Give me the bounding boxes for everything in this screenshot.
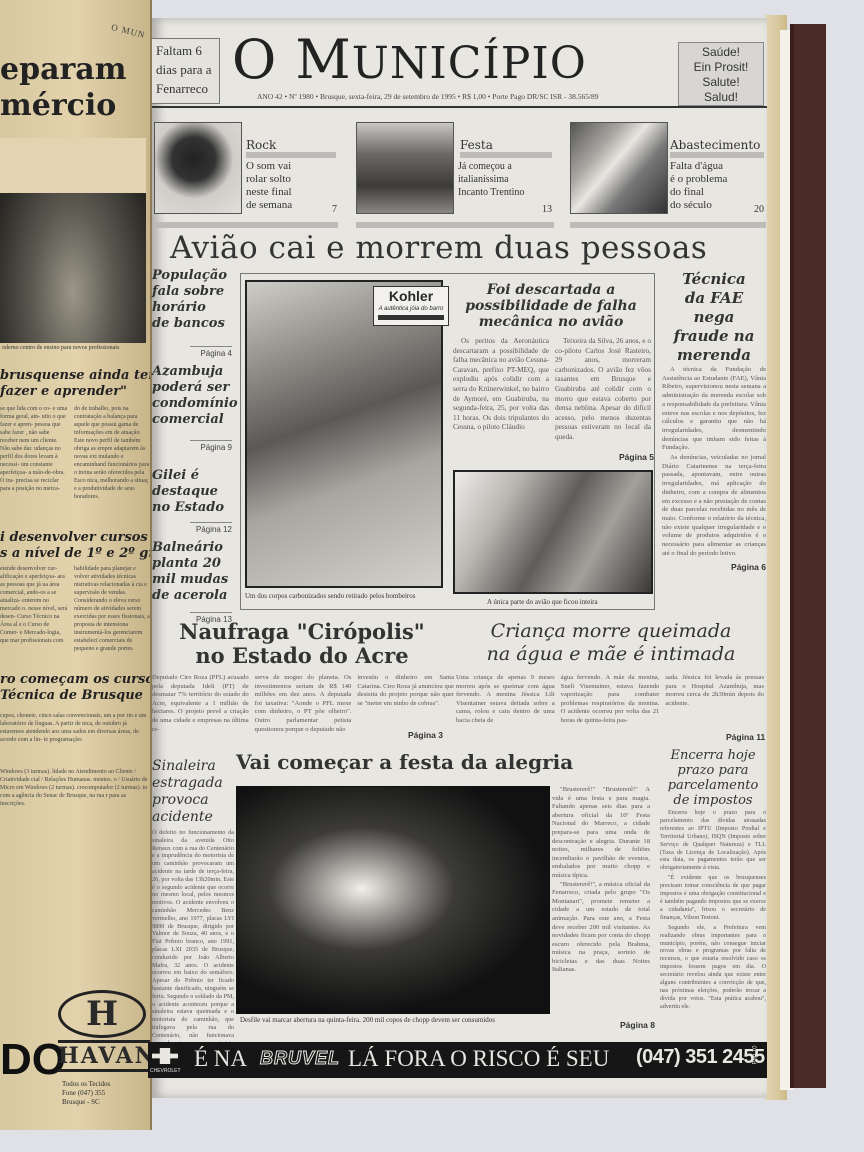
photo-caption: Desfile vai marcar abertura na quinta-fe…	[240, 1016, 495, 1024]
page-reference: Página 6	[662, 562, 766, 572]
left-page-text: Windows (3 turmas). lidade no Atendiment…	[0, 768, 150, 808]
fae-story: Técnica da FAE nega fraude na merenda A …	[662, 270, 766, 572]
left-page-headline-2: brusquense ainda tem fazer e aprender"	[0, 368, 152, 400]
sinaleira-story: Sinaleira estragada provoca acidente O d…	[152, 758, 234, 1055]
plane-crash-story: Kohler A autêntica jóia do barro Um dos …	[240, 273, 655, 610]
havan-logo: H	[58, 990, 146, 1038]
story-headline: Encerra hoje prazo para parcelamento de …	[660, 748, 766, 808]
naufraga-body: Deputado Ciro Roza (PFL) acusado pela de…	[152, 674, 454, 734]
teaser-abastecimento[interactable]: Abastecimento Falta d'água é o problema …	[570, 118, 766, 218]
left-page-title: eparam mércio	[0, 52, 127, 124]
brief-item[interactable]: População fala sobre horário de bancos P…	[152, 268, 236, 332]
festa-headline: Vai começar a festa da alegria	[236, 750, 573, 774]
teaser-row: Rock O som vai rolar solto neste final d…	[152, 112, 767, 222]
firefighters-photo: Kohler A autêntica jóia do barro	[245, 280, 443, 588]
festa-photo	[356, 122, 454, 214]
story-body: Os peritos da Aeronáutica descartaram a …	[453, 336, 651, 442]
story-subheadline: Foi descartada a possibilidade de falha …	[451, 282, 651, 330]
waterfall-photo	[570, 122, 668, 214]
brief-item[interactable]: Balneário planta 20 mil mudas de acerola…	[152, 540, 236, 604]
left-page-photo	[0, 138, 146, 343]
festa-body: "Brustererê!" "Brustererê!" A vida é uma…	[552, 786, 650, 975]
left-page-text: do de trabalho, pois na contratação a ba…	[74, 405, 150, 501]
naufraga-headline: Naufraga "Cirópolis" no Estado do Acre	[152, 620, 452, 668]
bruvel-logo: BRUVEL	[260, 1048, 340, 1069]
fenarreco-countdown-box: Faltam 6 dias para a Fenarreco	[152, 38, 220, 104]
dateline: ANO 42 • Nº 1980 • Brusque, sexta-feira,…	[257, 92, 599, 101]
brief-item[interactable]: Gilei é destaque no Estado Página 12	[152, 468, 236, 516]
page-reference: Página 3	[408, 730, 443, 740]
newspaper-title: O MUNICÍPIO	[232, 30, 587, 94]
left-page-photo-caption: oderno centro de ensino para novos profi…	[2, 345, 119, 351]
kohler-ad: Kohler A autêntica jóia do barro	[373, 286, 449, 326]
havan-contact: Todos os Tecidos Fone (047) 355 Brusque …	[62, 1080, 110, 1107]
left-page-text: se que lida com o co- e uma forma geral,…	[0, 405, 68, 493]
page-reference: Página 5	[619, 452, 654, 462]
main-headline: Avião cai e morrem duas pessoas	[170, 230, 707, 266]
plane-wreck-photo	[453, 470, 653, 594]
page-reference: Página 8	[620, 1020, 655, 1030]
page-reference: Página 11	[726, 732, 765, 742]
left-page-headline-3: i desenvolver cursos s a nível de 1º e 2…	[0, 530, 152, 562]
photo-caption: A única parte do avião que ficou inteira	[487, 598, 598, 606]
festa-parade-photo	[236, 786, 550, 1014]
bruvel-ad-banner: CHEVROLET É NA BRUVEL LÁ FORA O RISCO É …	[148, 1042, 767, 1078]
crianca-headline: Criança morre queimada na água e mãe é i…	[456, 620, 766, 666]
crianca-body: Uma criança de apenas 9 meses morreu apó…	[456, 674, 764, 726]
left-page-ad-text: DO	[0, 1030, 66, 1090]
left-page-header: O MUN	[111, 22, 147, 40]
masthead: Faltam 6 dias para a Fenarreco O MUNICÍP…	[152, 18, 767, 108]
left-page: O MUN eparam mércio oderno centro de ens…	[0, 0, 152, 1130]
ad-phone-number: (047) 351 2455	[636, 1046, 765, 1069]
left-page-text: etende desenvolver cur- alificação e ape…	[0, 565, 68, 645]
newspaper-front-page: Faltam 6 dias para a Fenarreco O MUNICÍP…	[152, 18, 767, 1098]
left-page-text: habilidade para planejar e volver ativid…	[74, 565, 150, 653]
story-headline: Técnica da FAE nega fraude na merenda	[662, 270, 766, 365]
teaser-festa[interactable]: Festa Já começou a italianíssima Incanto…	[356, 118, 554, 218]
havan-name: HAVAN	[58, 1040, 152, 1072]
left-page-headline-4: ro começam os cursos Técnica de Brusque	[0, 672, 152, 704]
toast-box: Saúde! Ein Prosit! Salute! Salud!	[678, 42, 764, 106]
left-page-text: cupos, chonete, cinco salas convencionai…	[0, 712, 150, 744]
brief-item[interactable]: Azambuja poderá ser condomínio comercial…	[152, 364, 236, 428]
impostos-story: Encerra hoje prazo para parcelamento de …	[660, 748, 766, 1012]
teaser-rock[interactable]: Rock O som vai rolar solto neste final d…	[154, 118, 338, 218]
photo-caption: Um dos corpos carbonizados sendo retirad…	[245, 592, 416, 600]
chevrolet-bowtie-icon	[152, 1048, 178, 1064]
book-binding	[790, 24, 826, 1088]
rock-illustration	[154, 122, 242, 214]
